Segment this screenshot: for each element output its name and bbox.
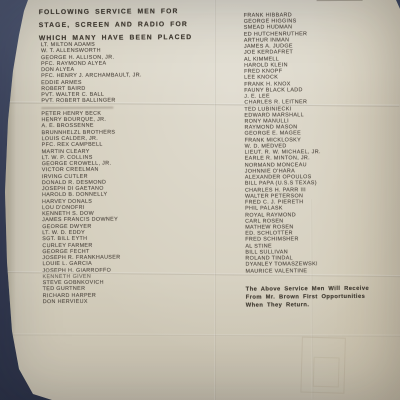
list-item: EARLE R. MINTON, JR. [245,156,321,163]
cropped-text-fragment [317,0,363,1]
title-line: FOLLOWING SERVICE MEN FOR [39,5,192,19]
list-item: BILL PAPA (U.S.S TEXAS) [245,180,321,187]
paper-content: FOLLOWING SERVICE MEN FOR STAGE, SCREEN … [0,0,400,400]
service-men-list-left: LT. MILTON ADAMSW. T. ALLENSWORTHGEORGE … [41,41,144,305]
fold-crease-vertical [214,0,216,400]
list-item: PFC. HENRY J. ARCHAMBAULT, JR. [41,73,142,80]
list-item: DON HERVIEUX [43,298,144,305]
list-item [41,104,142,111]
fold-crease-horizontal [1,333,400,336]
paper-sheet: FOLLOWING SERVICE MEN FOR STAGE, SCREEN … [0,0,400,400]
ink-ghost-impression [313,357,340,388]
footnote-line: When They Return. [246,301,370,310]
footnote-text: The Above Service Men Will Receive From … [246,285,370,310]
photo-backdrop: FOLLOWING SERVICE MEN FOR STAGE, SCREEN … [0,0,400,400]
list-item: KENNETH GIVEN [43,273,144,280]
document-title: FOLLOWING SERVICE MEN FOR STAGE, SCREEN … [39,5,193,45]
title-line: STAGE, SCREEN AND RADIO FOR [39,18,192,32]
